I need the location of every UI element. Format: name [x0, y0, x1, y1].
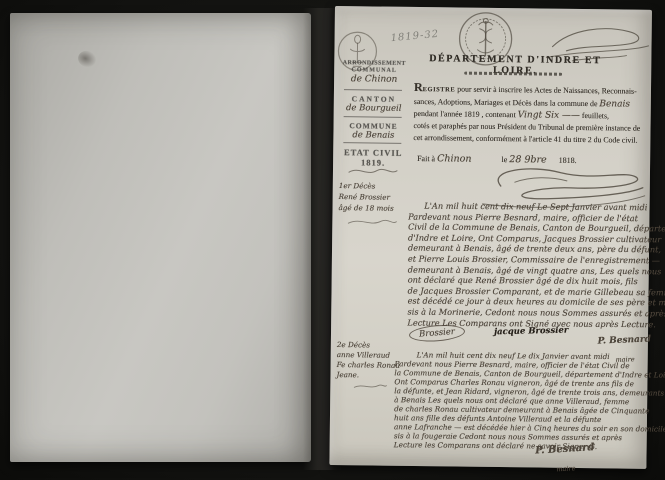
registre-line: cet arrondissement, conformément à l'art…	[413, 132, 649, 147]
arrondissement-handwritten-value: de Chinon	[334, 74, 414, 85]
margin-note-line: 1er Décès	[339, 181, 417, 193]
maire-signature-role: maire	[556, 464, 576, 473]
drop-cap: R	[414, 80, 423, 94]
signature-brossier: Brossier	[408, 323, 465, 343]
maire-signature-name: P. Besnard	[535, 442, 595, 456]
left-blank-page	[10, 13, 311, 462]
margin-divider	[344, 89, 402, 91]
death-act-2: L'An mil huit cent dix neuf Le dix Janvi…	[394, 350, 653, 451]
margin-note-flourish	[352, 382, 388, 390]
margin-divider	[343, 142, 401, 144]
registre-paragraph: REGISTRE pour servir à inscrire les Acte…	[413, 81, 650, 147]
arrondissement-stamp-label: ARRONDISSEMENT	[334, 60, 414, 67]
arrondissement-stamp-label-2: COMMUNAL	[334, 67, 414, 74]
maire-signature-name: P. Besnard	[597, 334, 651, 346]
right-register-page: 1819-32 ARRONDISSEMENT COMMUNAL de Chino…	[329, 6, 652, 469]
place-entry: Chinon	[437, 153, 472, 164]
margin-note-line: âgé de 18 mois	[338, 203, 416, 215]
act2-signature: P. Besnard maire	[534, 435, 595, 476]
feuillets-entry: Vingt Six ——	[518, 110, 580, 121]
commune-entry: Benais	[599, 99, 630, 109]
death-act-1: L'An mil huit cent dix neuf Le Sept Janv…	[407, 201, 654, 330]
margin-note-flourish	[346, 217, 398, 228]
margin-flourish	[347, 166, 399, 177]
archivist-pencil-note: 1819-32	[390, 29, 439, 44]
margin-note-act1: 1er DécèsRené Brossierâgé de 18 mois	[334, 181, 416, 214]
ink-smudge	[76, 48, 98, 69]
canton-handwritten-value: de Bourgueil	[334, 103, 414, 114]
margin-divider	[344, 116, 402, 118]
margin-note-line: René Brossier	[339, 192, 417, 204]
scan-background: 1819-32 ARRONDISSEMENT COMMUNAL de Chino…	[0, 0, 665, 480]
act1-signature-row: Brossier jacque Brossier P. Besnard mair…	[409, 325, 651, 354]
commune-handwritten-value: de Benais	[333, 130, 413, 141]
signature-jacques-brossier: jacque Brossier	[494, 326, 568, 338]
